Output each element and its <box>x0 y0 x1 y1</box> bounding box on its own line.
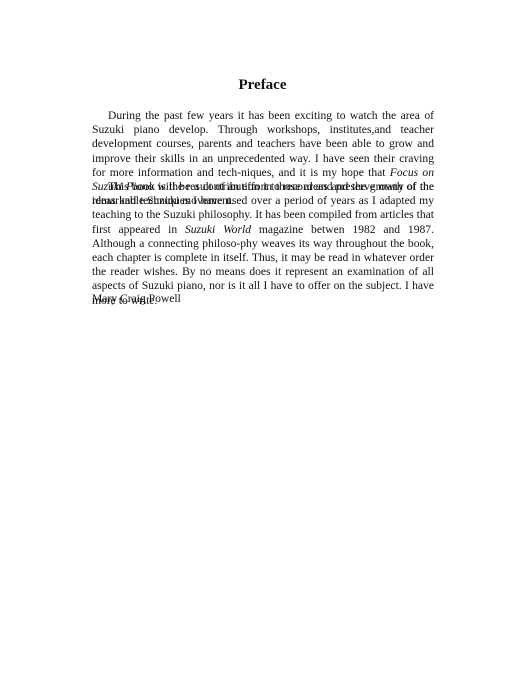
paragraph-2: This book is the result of an effort to … <box>92 180 434 308</box>
magazine-title-italic: Suzuki World <box>185 223 251 236</box>
author-signature: Mary Craig Powell <box>92 292 181 306</box>
document-page: Preface During the past few years it has… <box>0 0 525 700</box>
paragraph-1-text-a: During the past few years it has been ex… <box>92 109 434 179</box>
page-title: Preface <box>0 76 525 94</box>
